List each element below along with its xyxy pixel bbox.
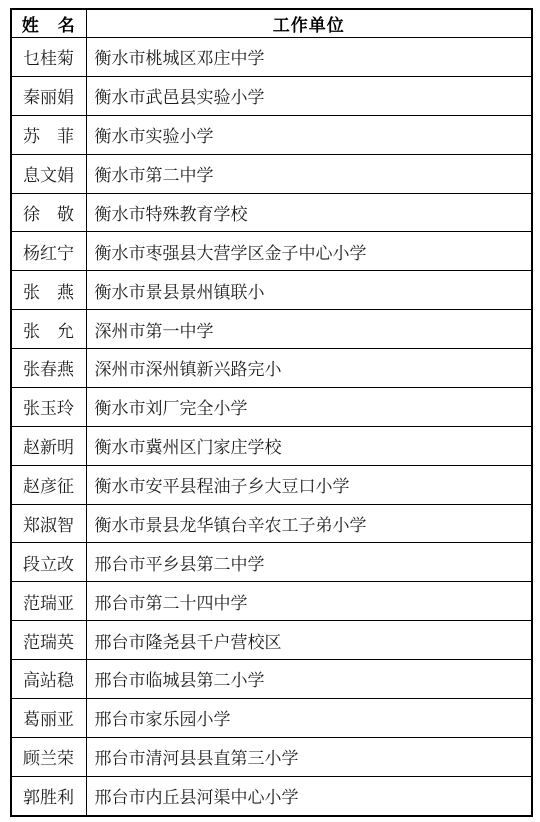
table-row: 徐 敬衡水市特殊教育学校 xyxy=(11,193,532,232)
unit-cell: 深州市深州镇新兴路完小 xyxy=(86,349,532,388)
table-row: 张玉玲衡水市刘厂完全小学 xyxy=(11,387,532,426)
table-row: 葛丽亚邢台市家乐园小学 xyxy=(11,698,532,737)
unit-cell: 邢台市内丘县河渠中心小学 xyxy=(86,776,532,816)
roster-table: 姓 名 工作单位 乜桂菊衡水市桃城区邓庄中学秦丽娟衡水市武邑县实验小学苏 菲衡水… xyxy=(10,8,533,817)
unit-cell: 衡水市景县龙华镇台辛农工子弟小学 xyxy=(86,504,532,543)
unit-cell: 衡水市安平县程油子乡大豆口小学 xyxy=(86,465,532,504)
table-row: 郭胜利邢台市内丘县河渠中心小学 xyxy=(11,776,532,816)
name-cell: 顾兰荣 xyxy=(11,737,86,776)
name-column-header: 姓 名 xyxy=(11,9,86,38)
name-cell: 赵新明 xyxy=(11,426,86,465)
table-row: 段立改邢台市平乡县第二中学 xyxy=(11,543,532,582)
table-row: 息文娟衡水市第二中学 xyxy=(11,154,532,193)
table-row: 赵彦征衡水市安平县程油子乡大豆口小学 xyxy=(11,465,532,504)
name-cell: 杨红宁 xyxy=(11,232,86,271)
table-row: 范瑞亚邢台市第二十四中学 xyxy=(11,582,532,621)
header-row: 姓 名 工作单位 xyxy=(11,9,532,38)
table-body: 乜桂菊衡水市桃城区邓庄中学秦丽娟衡水市武邑县实验小学苏 菲衡水市实验小学息文娟衡… xyxy=(11,38,532,817)
table-row: 范瑞英邢台市隆尧县千户营校区 xyxy=(11,621,532,660)
table-row: 郑淑智衡水市景县龙华镇台辛农工子弟小学 xyxy=(11,504,532,543)
table-row: 乜桂菊衡水市桃城区邓庄中学 xyxy=(11,38,532,77)
unit-cell: 衡水市第二中学 xyxy=(86,154,532,193)
table-row: 张 允深州市第一中学 xyxy=(11,310,532,349)
name-cell: 秦丽娟 xyxy=(11,76,86,115)
unit-cell: 邢台市临城县第二小学 xyxy=(86,660,532,699)
name-cell: 张 允 xyxy=(11,310,86,349)
unit-cell: 衡水市枣强县大营学区金子中心小学 xyxy=(86,232,532,271)
name-cell: 张玉玲 xyxy=(11,387,86,426)
unit-cell: 衡水市桃城区邓庄中学 xyxy=(86,38,532,77)
name-cell: 息文娟 xyxy=(11,154,86,193)
unit-cell: 深州市第一中学 xyxy=(86,310,532,349)
name-cell: 徐 敬 xyxy=(11,193,86,232)
table-row: 顾兰荣邢台市清河县县直第三小学 xyxy=(11,737,532,776)
name-cell: 郭胜利 xyxy=(11,776,86,816)
table-row: 张 燕衡水市景县景州镇联小 xyxy=(11,271,532,310)
name-cell: 苏 菲 xyxy=(11,115,86,154)
unit-cell: 邢台市隆尧县千户营校区 xyxy=(86,621,532,660)
name-cell: 范瑞英 xyxy=(11,621,86,660)
name-cell: 范瑞亚 xyxy=(11,582,86,621)
unit-cell: 衡水市武邑县实验小学 xyxy=(86,76,532,115)
table-row: 杨红宁衡水市枣强县大营学区金子中心小学 xyxy=(11,232,532,271)
name-cell: 张春燕 xyxy=(11,349,86,388)
table-row: 苏 菲衡水市实验小学 xyxy=(11,115,532,154)
unit-cell: 衡水市刘厂完全小学 xyxy=(86,387,532,426)
table-row: 赵新明衡水市冀州区门家庄学校 xyxy=(11,426,532,465)
unit-cell: 邢台市家乐园小学 xyxy=(86,698,532,737)
unit-cell: 衡水市特殊教育学校 xyxy=(86,193,532,232)
unit-cell: 邢台市平乡县第二中学 xyxy=(86,543,532,582)
unit-cell: 衡水市冀州区门家庄学校 xyxy=(86,426,532,465)
unit-cell: 衡水市景县景州镇联小 xyxy=(86,271,532,310)
name-cell: 郑淑智 xyxy=(11,504,86,543)
name-cell: 葛丽亚 xyxy=(11,698,86,737)
name-cell: 高站稳 xyxy=(11,660,86,699)
name-cell: 段立改 xyxy=(11,543,86,582)
name-cell: 赵彦征 xyxy=(11,465,86,504)
table-row: 秦丽娟衡水市武邑县实验小学 xyxy=(11,76,532,115)
unit-column-header: 工作单位 xyxy=(86,9,532,38)
name-cell: 乜桂菊 xyxy=(11,38,86,77)
table-row: 高站稳邢台市临城县第二小学 xyxy=(11,660,532,699)
table-row: 张春燕深州市深州镇新兴路完小 xyxy=(11,349,532,388)
unit-cell: 邢台市第二十四中学 xyxy=(86,582,532,621)
unit-cell: 邢台市清河县县直第三小学 xyxy=(86,737,532,776)
name-cell: 张 燕 xyxy=(11,271,86,310)
unit-cell: 衡水市实验小学 xyxy=(86,115,532,154)
